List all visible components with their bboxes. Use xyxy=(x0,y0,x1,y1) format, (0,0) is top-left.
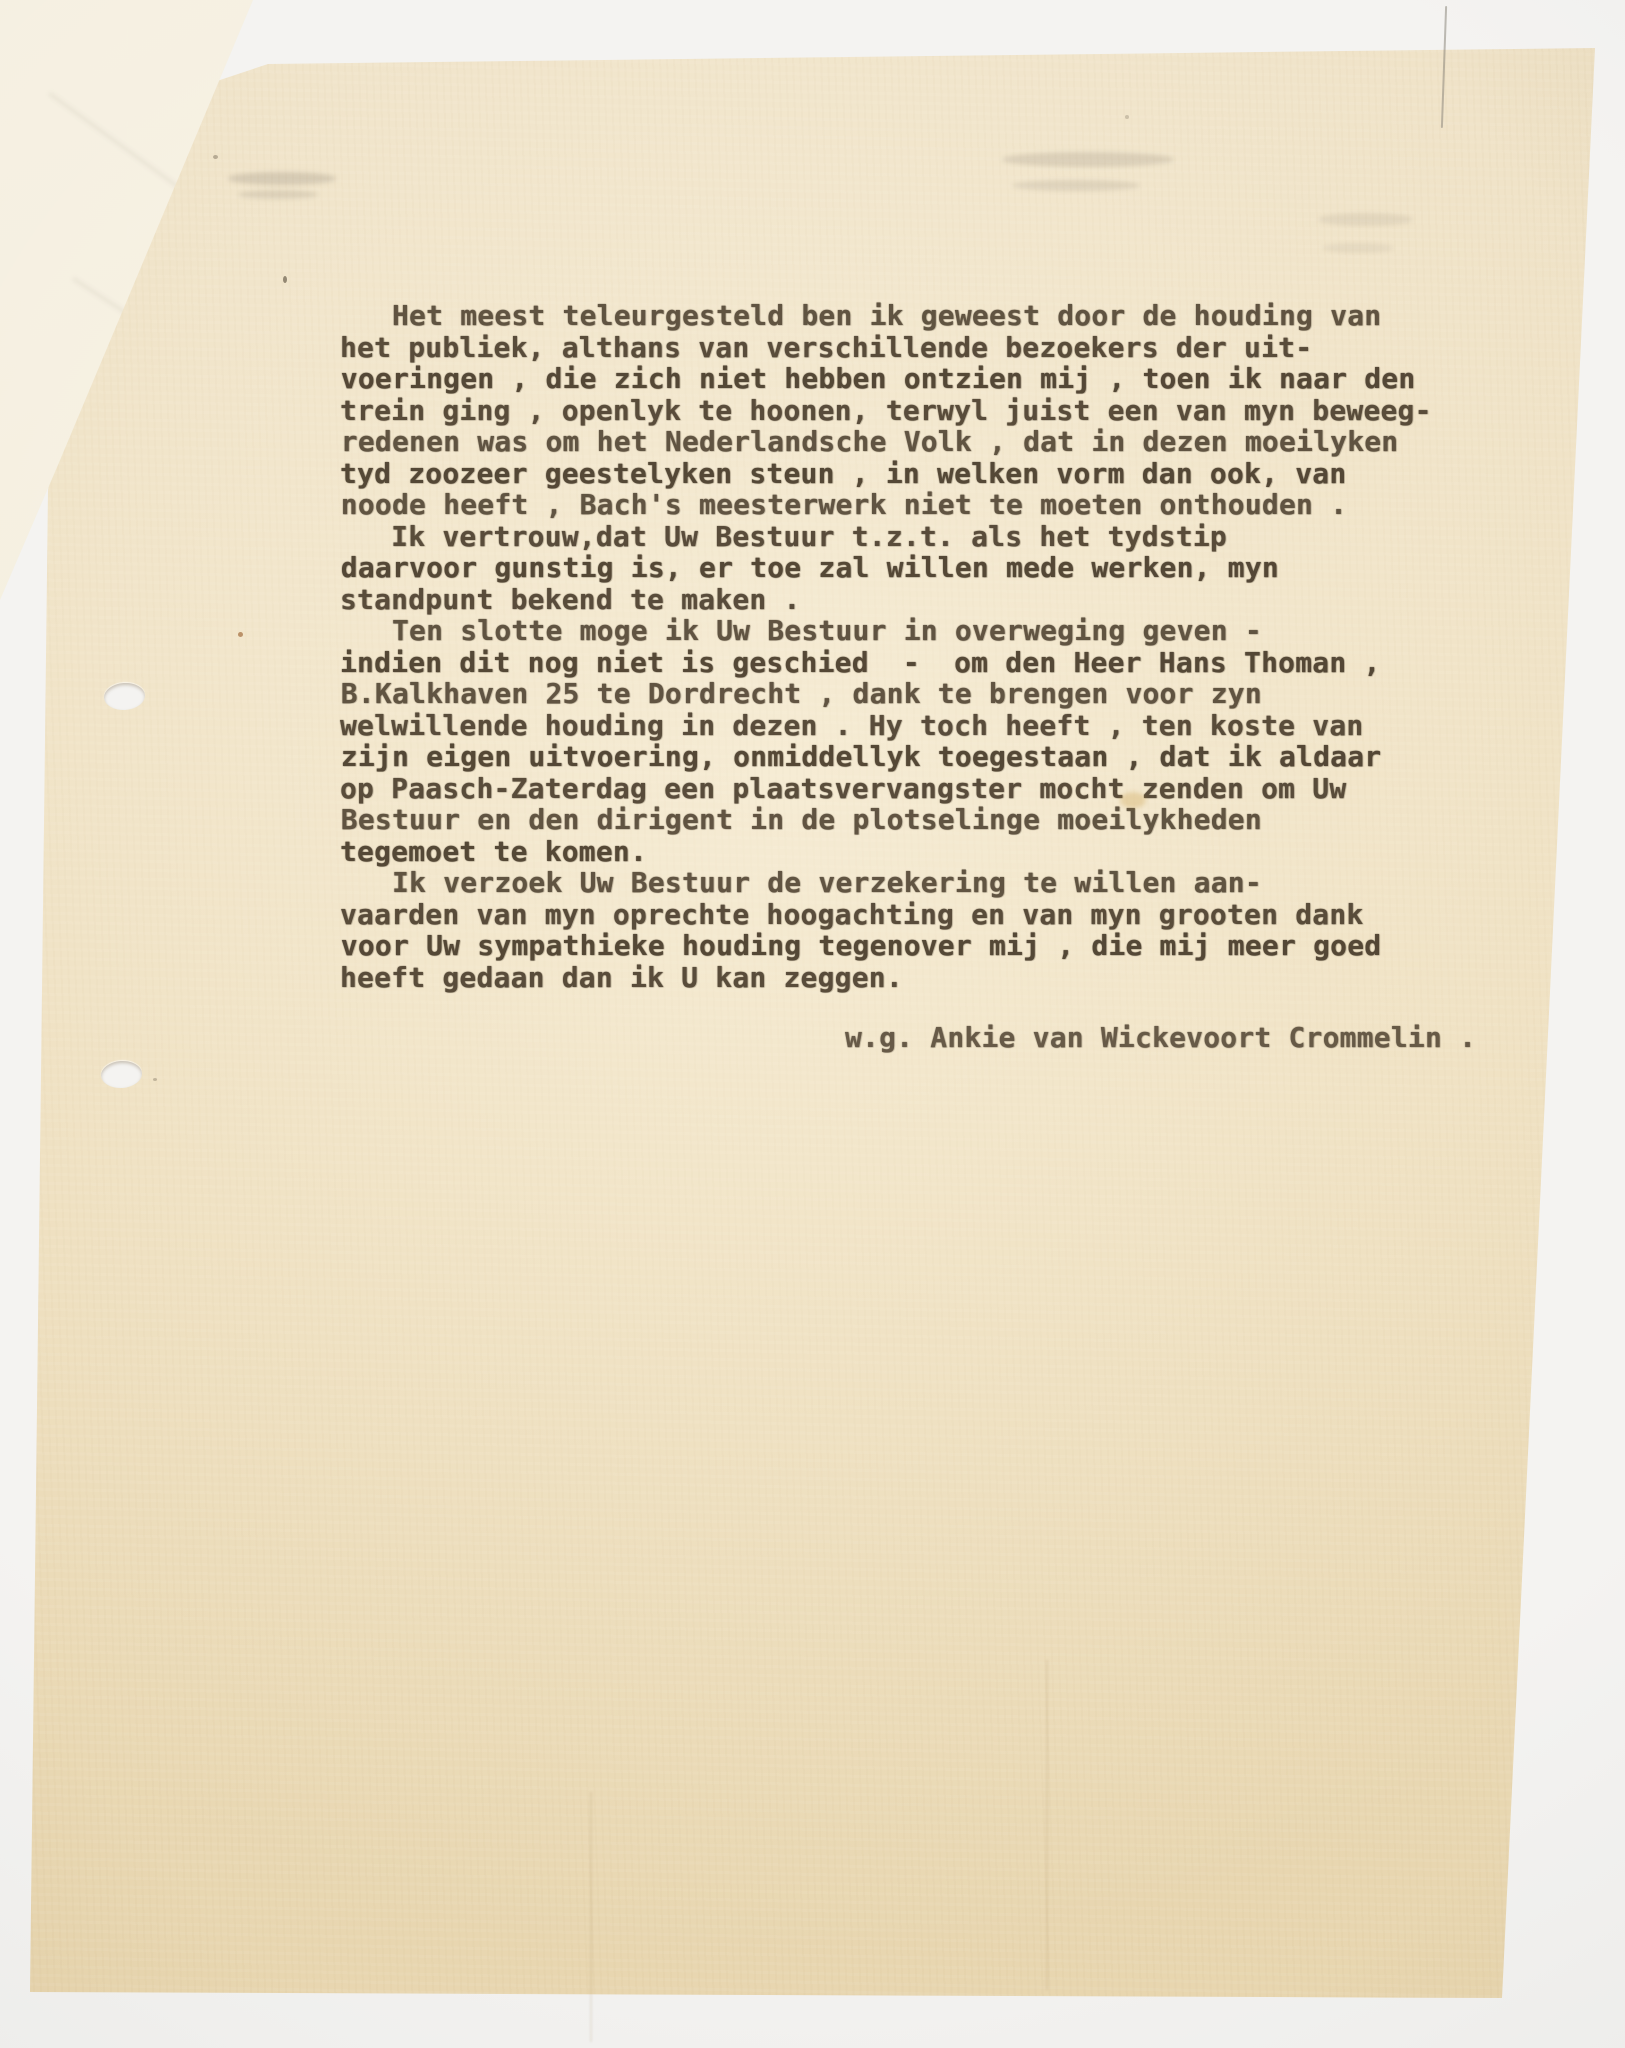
paper-crease xyxy=(590,1792,592,2042)
letter-line: tegemoet te komen. xyxy=(340,836,1432,868)
letter-line: redenen was om het Nederlandsche Volk , … xyxy=(341,426,1433,458)
ink-smudge xyxy=(1318,213,1413,226)
letter-line: welwillende houding in dezen . Hy toch h… xyxy=(340,710,1432,742)
paper-stain xyxy=(1120,792,1146,808)
paper-speck xyxy=(153,1078,157,1081)
letter-line: Ten slotte moge ik Uw Bestuur in overweg… xyxy=(341,615,1433,647)
paper-speck xyxy=(213,155,218,159)
letter-line: heeft gedaan dan ik U kan zeggen. xyxy=(340,962,1432,994)
photo-backdrop: Het meest teleurgesteld ben ik geweest d… xyxy=(0,0,1625,2048)
letter-line: voeringen , die zich niet hebben ontzien… xyxy=(341,363,1433,395)
letter-line: Ik verzoek Uw Bestuur de verzekering te … xyxy=(341,867,1433,899)
letter-line: daarvoor gunstig is, er toe zal willen m… xyxy=(341,552,1433,584)
paper-speck xyxy=(238,632,243,637)
ink-smudge xyxy=(1002,152,1174,167)
letter-line: voor Uw sympathieke houding tegenover mi… xyxy=(341,930,1433,962)
signature-line: w.g. Ankie van Wickevoort Crommelin . xyxy=(845,1022,1476,1054)
letter-line: standpunt bekend te maken . xyxy=(340,584,1432,616)
letter-line: zijn eigen uitvoering, onmiddellyk toege… xyxy=(341,741,1433,773)
letter-line: trein ging , openlyk te hoonen, terwyl j… xyxy=(340,395,1432,427)
ink-smudge xyxy=(238,190,318,199)
letter-line: Het meest teleurgesteld ben ik geweest d… xyxy=(341,300,1433,332)
letter-line: tyd zoozeer geestelyken steun , in welke… xyxy=(340,458,1432,490)
letter-line: Bestuur en den dirigent in de plotseling… xyxy=(341,804,1433,836)
ink-smudge xyxy=(228,172,336,185)
letter-line: Ik vertrouw,dat Uw Bestuur t.z.t. als he… xyxy=(340,521,1432,553)
ink-smudge xyxy=(1322,243,1394,253)
letter-line: vaarden van myn oprechte hoogachting en … xyxy=(340,899,1432,931)
letter-line: op Paasch-Zaterdag een plaatsvervangster… xyxy=(340,773,1432,805)
paper-speck xyxy=(1125,115,1129,119)
letter-line: indien dit nog niet is geschied - om den… xyxy=(340,647,1432,679)
letter-line: het publiek, althans van verschillende b… xyxy=(340,332,1432,364)
letter-line: noode heeft , Bach's meesterwerk niet te… xyxy=(341,489,1433,521)
paper-speck xyxy=(283,276,287,283)
ink-smudge xyxy=(1012,180,1140,191)
letter-line: B.Kalkhaven 25 te Dordrecht , dank te br… xyxy=(341,678,1433,710)
paper-crease xyxy=(1046,1660,1048,1990)
letter-body: Het meest teleurgesteld ben ik geweest d… xyxy=(340,300,1432,993)
